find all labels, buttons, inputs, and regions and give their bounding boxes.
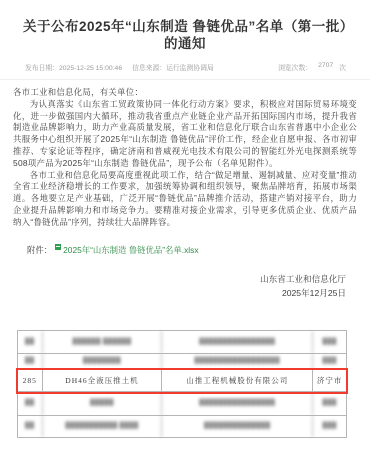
table-cell: ███ <box>313 354 346 369</box>
table-wrapper: ████████ ███████████████████████████████… <box>17 330 347 438</box>
attachment-row: 附件： 2025年“山东制造 鲁链优品”名单.xlsx <box>0 229 370 256</box>
page-title: 关于公布2025年“山东制造 鲁链优品”名单（第一批）的通知 <box>0 18 370 52</box>
table-cell: ███████████ ████ <box>43 416 163 437</box>
table-cell: DH46全液压推土机 <box>43 370 163 391</box>
results-table: ████████ ███████████████████████████████… <box>17 330 347 438</box>
table-cell: 285 <box>18 370 43 391</box>
table-cell: ██ <box>18 331 43 353</box>
table-cell: 济宁市 <box>313 370 346 391</box>
table-cell: ████████ <box>43 354 163 369</box>
publish-date: 发布日期：2025-12-25 15:00:46 <box>25 62 122 72</box>
view-count: 浏览次数：2707次 <box>278 62 346 72</box>
view-count-label: 浏览次数： <box>278 62 312 72</box>
table-cell: ██████████████ <box>162 416 313 437</box>
document-body: 各市工业和信息化局，有关单位： 为认真落实《山东省工贸政策协同一体化行动方案》要… <box>0 80 370 229</box>
view-count-unit: 次 <box>339 62 346 72</box>
attachment-label: 附件： <box>27 244 52 256</box>
table-row: ████████ █████████████████████████ <box>18 331 346 354</box>
meta-left-group: 发布日期：2025-12-25 15:00:46 信息来源：运行监测协调局 <box>25 62 214 72</box>
table-cell: ███ <box>313 416 346 437</box>
paragraph-1: 为认真落实《山东省工贸政策协同一体化行动方案》要求，积极应对国际贸易环境变化，进… <box>13 99 357 170</box>
publish-date-value: 2025-12-25 15:00:46 <box>59 65 122 72</box>
source: 信息来源：运行监测协调局 <box>132 62 214 72</box>
publish-date-label: 发布日期： <box>25 65 59 72</box>
highlighted-table-row: 285DH46全液压推土机山推工程机械股份有限公司济宁市 <box>18 370 346 392</box>
table-cell: ██ <box>18 354 43 369</box>
signature-org: 山东省工业和信息化厅 <box>0 272 346 287</box>
table-cell: 山推工程机械股份有限公司 <box>162 370 313 391</box>
table-row: ███████████████████████████████ <box>18 354 346 370</box>
table-cell: ███ <box>313 331 346 353</box>
salutation: 各市工业和信息化局，有关单位： <box>13 87 357 99</box>
table-cell: ████████████████ <box>162 331 313 353</box>
table-cell: █████ <box>43 392 163 415</box>
meta-bar: 发布日期：2025-12-25 15:00:46 信息来源：运行监测协调局 浏览… <box>0 62 370 80</box>
view-count-value: 2707 <box>318 62 333 72</box>
paragraph-2: 各市工业和信息化局要高度重视此项工作，结合“做足增量、遏制减量、应对变量”推动全… <box>13 170 357 229</box>
source-value: 运行监测协调局 <box>166 65 214 72</box>
table-row: ██████████████████████████ <box>18 392 346 416</box>
source-label: 信息来源： <box>132 65 166 72</box>
attachment-link[interactable]: 2025年“山东制造 鲁链优品”名单.xlsx <box>63 244 198 256</box>
notice-page: 关于公布2025年“山东制造 鲁链优品”名单（第一批）的通知 发布日期：2025… <box>0 0 370 450</box>
signature-block: 山东省工业和信息化厅 2025年12月25日 <box>0 272 370 301</box>
table-cell: ███ <box>313 392 346 415</box>
signature-date: 2025年12月25日 <box>0 286 346 301</box>
table-cell: ██ <box>18 392 43 415</box>
table-cell: ████████████████ <box>162 392 313 415</box>
table-row: █████████████ █████████████████████ <box>18 416 346 438</box>
table-cell: ██████ ██████ <box>43 331 163 353</box>
excel-file-icon <box>55 244 61 250</box>
table-cell: ██████████████████ <box>162 354 313 369</box>
table-cell: ██ <box>18 416 43 437</box>
